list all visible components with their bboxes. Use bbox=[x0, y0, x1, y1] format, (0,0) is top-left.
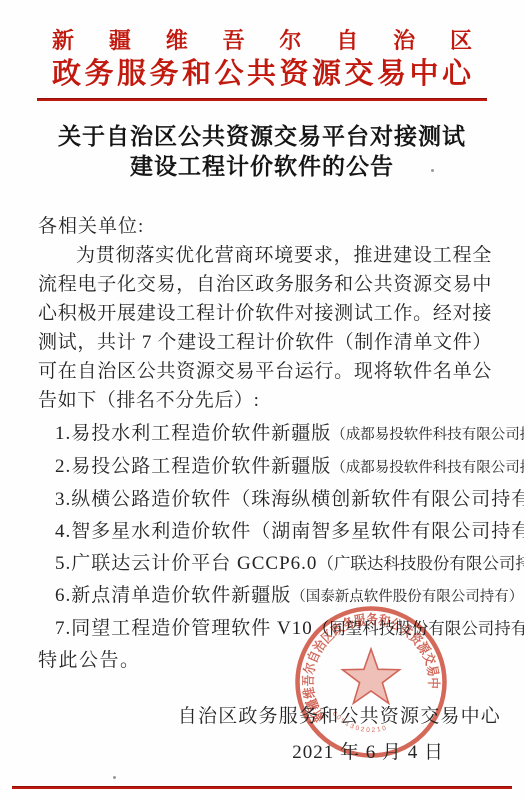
software-name: 7.同望工程造价管理软件 V10 bbox=[55, 618, 313, 639]
software-name: 3.纵横公路造价软件 bbox=[55, 489, 231, 510]
list-item: 7.同望工程造价管理软件 V10（同望科技股份有限公司持有）。 bbox=[55, 613, 492, 645]
intro-paragraph: 为贯彻落实优化营商环境要求，推进建设工程全流程电子化交易，自治区政务服务和公共资… bbox=[38, 241, 492, 415]
list-item: 5.广联达云计价平台 GCCP6.0（广联达科技股份有限公司持有）; bbox=[55, 548, 492, 580]
software-list: 1.易投水利工程造价软件新疆版（成都易投软件科技有限公司持有）; 2.易投公路工… bbox=[38, 418, 492, 645]
signature-org: 自治区政务服务和公共资源交易中心 bbox=[178, 701, 501, 728]
software-name: 4.智多星水利造价软件 bbox=[55, 521, 251, 542]
software-name: 2.易投公路工程造价软件新疆版 bbox=[55, 456, 331, 477]
footer-rule bbox=[12, 786, 512, 789]
closing-phrase: 特此公告。 bbox=[38, 645, 492, 677]
software-name: 5.广联达云计价平台 GCCP6.0 bbox=[55, 553, 317, 574]
letterhead-rule bbox=[37, 98, 487, 101]
announcement-document: 新疆维吾尔自治区 政务服务和公共资源交易中心 关于自治区公共资源交易平台对接测试… bbox=[0, 0, 524, 800]
software-holder: （同望科技股份有限公司持有）。 bbox=[313, 619, 524, 638]
list-item: 2.易投公路工程造价软件新疆版（成都易投软件科技有限公司持有）; bbox=[55, 451, 492, 484]
software-holder: （国泰新点软件股份有限公司持有）; bbox=[291, 589, 524, 605]
org-name-region: 新疆维吾尔自治区 bbox=[52, 28, 472, 54]
list-item: 6.新点清单造价软件新疆版（国泰新点软件股份有限公司持有）; bbox=[55, 580, 492, 613]
software-holder: （湖南智多星软件有限公司持有）； bbox=[251, 521, 524, 542]
scan-speck bbox=[113, 776, 116, 779]
document-body: 各相关单位: 为贯彻落实优化营商环境要求，推进建设工程全流程电子化交易，自治区政… bbox=[38, 213, 492, 677]
list-item: 1.易投水利工程造价软件新疆版（成都易投软件科技有限公司持有）; bbox=[55, 418, 492, 451]
document-title: 关于自治区公共资源交易平台对接测试 建设工程计价软件的公告 bbox=[0, 122, 524, 182]
document-title-line2: 建设工程计价软件的公告 bbox=[0, 152, 524, 182]
software-holder: （成都易投软件科技有限公司持有）; bbox=[331, 427, 524, 443]
software-name: 6.新点清单造价软件新疆版 bbox=[55, 585, 291, 606]
software-holder: （成都易投软件科技有限公司持有）; bbox=[331, 460, 524, 476]
signature-date: 2021 年 6 月 4 日 bbox=[292, 737, 444, 764]
software-holder: （珠海纵横创新软件有限公司持有）； bbox=[231, 489, 524, 510]
scan-speck bbox=[431, 169, 434, 172]
document-title-line1: 关于自治区公共资源交易平台对接测试 bbox=[0, 122, 524, 152]
org-name-center: 政务服务和公共资源交易中心 bbox=[52, 58, 472, 91]
salutation: 各相关单位: bbox=[38, 213, 492, 241]
software-name: 1.易投水利工程造价软件新疆版 bbox=[55, 423, 331, 444]
letterhead: 新疆维吾尔自治区 政务服务和公共资源交易中心 bbox=[0, 28, 524, 101]
software-holder: （广联达科技股份有限公司持有）; bbox=[317, 554, 524, 573]
list-item: 4.智多星水利造价软件（湖南智多星软件有限公司持有）； bbox=[55, 516, 492, 548]
list-item: 3.纵横公路造价软件（珠海纵横创新软件有限公司持有）； bbox=[55, 484, 492, 516]
